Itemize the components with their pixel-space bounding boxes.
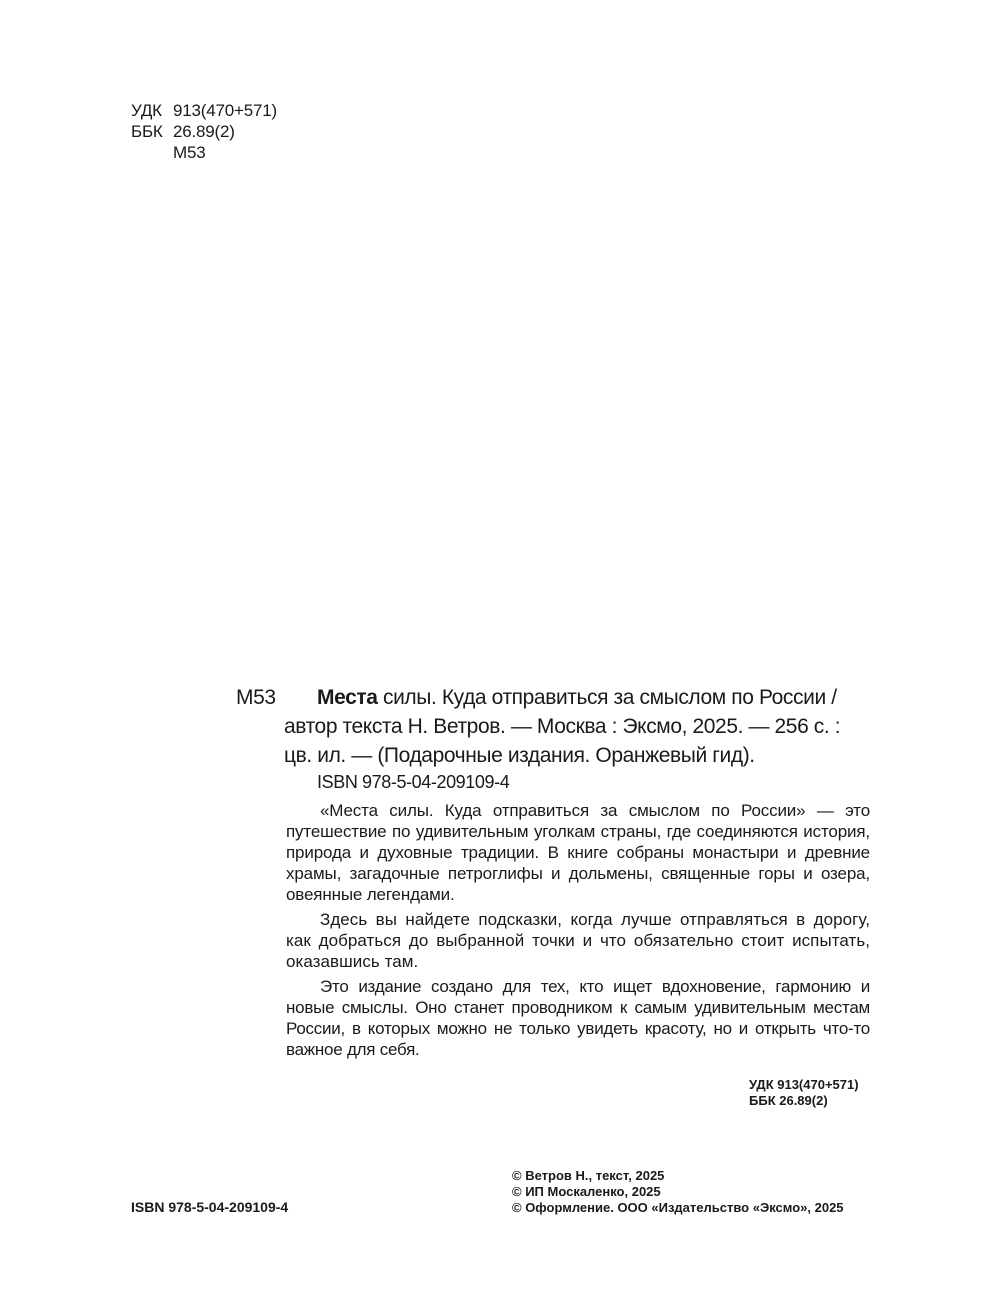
bottom-classification: УДК 913(470+571) ББК 26.89(2) — [749, 1077, 859, 1109]
bottom-bbk: ББК 26.89(2) — [749, 1093, 859, 1109]
udk-value: 913(470+571) — [173, 100, 277, 121]
copyright-block: © Ветров Н., текст, 2025 © ИП Москаленко… — [512, 1168, 844, 1216]
author-mark-row: М53 — [131, 142, 277, 163]
bbk-value: 26.89(2) — [173, 121, 235, 142]
bottom-udk: УДК 913(470+571) — [749, 1077, 859, 1093]
annotation-paragraph: «Места силы. Куда отправиться за смыслом… — [286, 800, 870, 905]
annotation-paragraph: Это издание создано для тех, кто ищет вд… — [286, 976, 870, 1060]
entry-line-3: цв. ил. — (Подарочные издания. Оранжевый… — [284, 741, 877, 770]
copyright-line: © Оформление. ООО «Издательство «Эксмо»,… — [512, 1200, 844, 1216]
udk-row: УДК 913(470+571) — [131, 100, 277, 121]
entry-isbn: ISBN 978-5-04-209109-4 — [317, 772, 509, 793]
copyright-line: © Ветров Н., текст, 2025 — [512, 1168, 844, 1184]
entry-body: Места силы. Куда отправиться за смыслом … — [317, 683, 877, 770]
annotation-paragraph: Здесь вы найдете подсказки, когда лучше … — [286, 909, 870, 972]
author-mark: М53 — [173, 142, 205, 163]
entry-line-1: Места силы. Куда отправиться за смыслом … — [317, 683, 877, 712]
annotation: «Места силы. Куда отправиться за смыслом… — [286, 800, 870, 1064]
entry-line-2: автор текста Н. Ветров. — Москва : Эксмо… — [284, 712, 877, 741]
entry-title-bold: Места — [317, 686, 378, 709]
bbk-label: ББК — [131, 121, 173, 142]
bbk-row: ББК 26.89(2) — [131, 121, 277, 142]
isbn-bottom: ISBN 978-5-04-209109-4 — [131, 1199, 288, 1215]
top-classification-block: УДК 913(470+571) ББК 26.89(2) М53 — [131, 100, 277, 163]
entry-author-mark: М53 — [236, 683, 276, 712]
entry-line-1-text: силы. Куда отправиться за смыслом по Рос… — [378, 686, 837, 709]
copyright-line: © ИП Москаленко, 2025 — [512, 1184, 844, 1200]
udk-label: УДК — [131, 100, 173, 121]
